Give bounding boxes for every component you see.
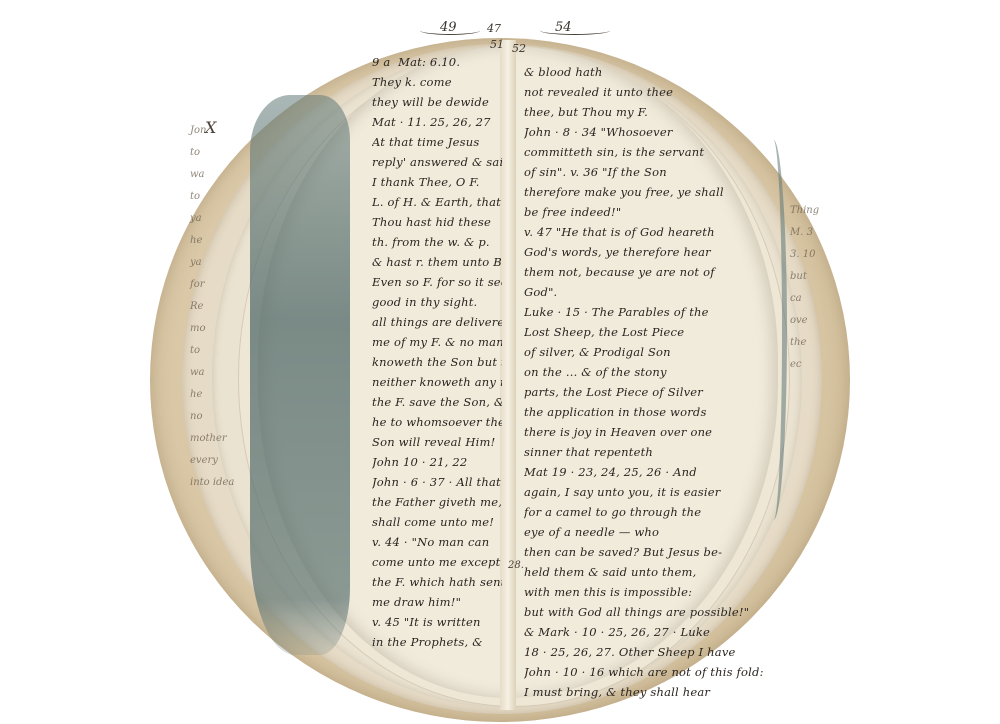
cross-mark: X [205,118,216,137]
handwritten-line: but with God all things are possible!" [524,602,764,622]
handwritten-line: Mat 19 · 23, 24, 25, 26 · And [524,462,764,482]
handwritten-line: eye of a needle — who [524,522,764,542]
handwritten-line: v. 47 "He that is of God heareth [524,222,764,242]
handwritten-line: Thing [790,200,819,222]
handwritten-line: & blood hath [524,62,764,82]
handwritten-line: At that time Jesus [372,132,502,152]
right-stain-edge [760,140,787,520]
handwritten-line: Luke · 15 · The Parables of the [524,302,764,322]
handwritten-line: on the ... & of the stony [524,362,764,382]
handwritten-line: with men this is impossible: [524,582,764,602]
handwritten-line: mo [190,318,234,340]
handwritten-line: of silver, & Prodigal Son [524,342,764,362]
handwritten-line: wa [190,164,234,186]
handwritten-line: They k. come [372,72,502,92]
handwritten-line: be free indeed!" [524,202,764,222]
handwritten-line: the Father giveth me, [372,492,502,512]
handwritten-line: Lost Sheep, the Lost Piece [524,322,764,342]
handwritten-line: the F. save the Son, & [372,392,502,412]
page-number-left-underline [420,26,480,35]
handwritten-line: Mat · 11. 25, 26, 27 [372,112,502,132]
handwritten-line: 18 · 25, 26, 27. Other Sheep I have [524,642,764,662]
handwritten-line: in the Prophets, & [372,632,502,652]
handwritten-line: he [190,230,234,252]
handwritten-line: to [190,340,234,362]
handwritten-line: there is joy in Heaven over one [524,422,764,442]
handwritten-line: parts, the Lost Piece of Silver [524,382,764,402]
handwritten-line: John 10 · 21, 22 [372,452,502,472]
handwritten-line: held them & said unto them, [524,562,764,582]
handwritten-line: no [190,406,234,428]
handwritten-line: into idea [190,472,234,494]
handwritten-line: me draw him!" [372,592,502,612]
book-spine [500,40,516,710]
handwritten-line: wa [190,362,234,384]
handwritten-line: mother [190,428,234,450]
handwritten-line: M. 3 [790,222,819,244]
handwritten-line: knoweth the Son but the F. [372,352,502,372]
handwritten-line: v. 45 "It is written [372,612,502,632]
handwritten-line: all things are delivered unto [372,312,502,332]
right-page-text: & blood hathnot revealed it unto theethe… [524,62,764,702]
manuscript-photo: JontowatoyaheyaforRemotowahenomotherever… [0,0,1000,724]
page-number-right-underline [540,26,610,35]
handwritten-line: ec [790,354,819,376]
handwritten-line: committeth sin, is the servant [524,142,764,162]
handwritten-line: 3. 10 [790,244,819,266]
handwritten-line: every [190,450,234,472]
handwritten-line: the F. which hath sent [372,572,502,592]
handwritten-line: for [190,274,234,296]
left-page-text: 9 a Mat: 6.10.They k. comethey will be d… [372,52,502,652]
handwritten-line: of sin". v. 36 "If the Son [524,162,764,182]
handwritten-line: good in thy sight. [372,292,502,312]
handwritten-line: & hast r. them unto B. [372,252,502,272]
handwritten-line: me of my F. & no man [372,332,502,352]
handwritten-line: ove [790,310,819,332]
page-number-center-right: 52 [512,42,526,55]
handwritten-line: shall come unto me! [372,512,502,532]
handwritten-line: Even so F. for so it seemed [372,272,502,292]
handwritten-line: Thou hast hid these [372,212,502,232]
handwritten-line: ya [190,252,234,274]
page-number-center-under: 51 [490,38,504,51]
handwritten-line: the application in those words [524,402,764,422]
handwritten-line: the [790,332,819,354]
handwritten-line: Re [190,296,234,318]
handwritten-line: L. of H. & Earth, that [372,192,502,212]
handwritten-line: not revealed it unto thee [524,82,764,102]
handwritten-line: he to whomsoever the [372,412,502,432]
handwritten-line: them not, because ye are not of [524,262,764,282]
right-outer-margin-notes: ThingM. 33. 10butcaovetheec [790,200,819,376]
handwritten-line: to [190,142,234,164]
handwritten-line: John · 10 · 16 which are not of this fol… [524,662,764,682]
handwritten-line: therefore make you free, ye shall [524,182,764,202]
handwritten-line: God". [524,282,764,302]
handwritten-line: for a camel to go through the [524,502,764,522]
page-number-center: 47 [487,22,501,35]
handwritten-line: God's words, ye therefore hear [524,242,764,262]
handwritten-line: he [190,384,234,406]
verse-ref-mark: 28. [508,560,524,571]
handwritten-line: again, I say unto you, it is easier [524,482,764,502]
handwritten-line: & Mark · 10 · 25, 26, 27 · Luke [524,622,764,642]
handwritten-line: th. from the w. & p. [372,232,502,252]
handwritten-line: come unto me except [372,552,502,572]
handwritten-line: v. 44 · "No man can [372,532,502,552]
water-stain [250,95,350,655]
handwritten-line: ya [190,208,234,230]
handwritten-line: thee, but Thou my F. [524,102,764,122]
left-outer-margin-notes: JontowatoyaheyaforRemotowahenomotherever… [190,120,234,494]
handwritten-line: I must bring, & they shall hear [524,682,764,702]
handwritten-line: neither knoweth any man [372,372,502,392]
handwritten-line: ca [790,288,819,310]
handwritten-line: but [790,266,819,288]
handwritten-line: John · 6 · 37 · All that [372,472,502,492]
handwritten-line: sinner that repenteth [524,442,764,462]
handwritten-line: John · 8 · 34 "Whosoever [524,122,764,142]
handwritten-line: 9 a Mat: 6.10. [372,52,502,72]
handwritten-line: Son will reveal Him! [372,432,502,452]
handwritten-line: to [190,186,234,208]
handwritten-line: reply' answered & said, [372,152,502,172]
handwritten-line: then can be saved? But Jesus be- [524,542,764,562]
handwritten-line: they will be dewide [372,92,502,112]
handwritten-line: I thank Thee, O F. [372,172,502,192]
